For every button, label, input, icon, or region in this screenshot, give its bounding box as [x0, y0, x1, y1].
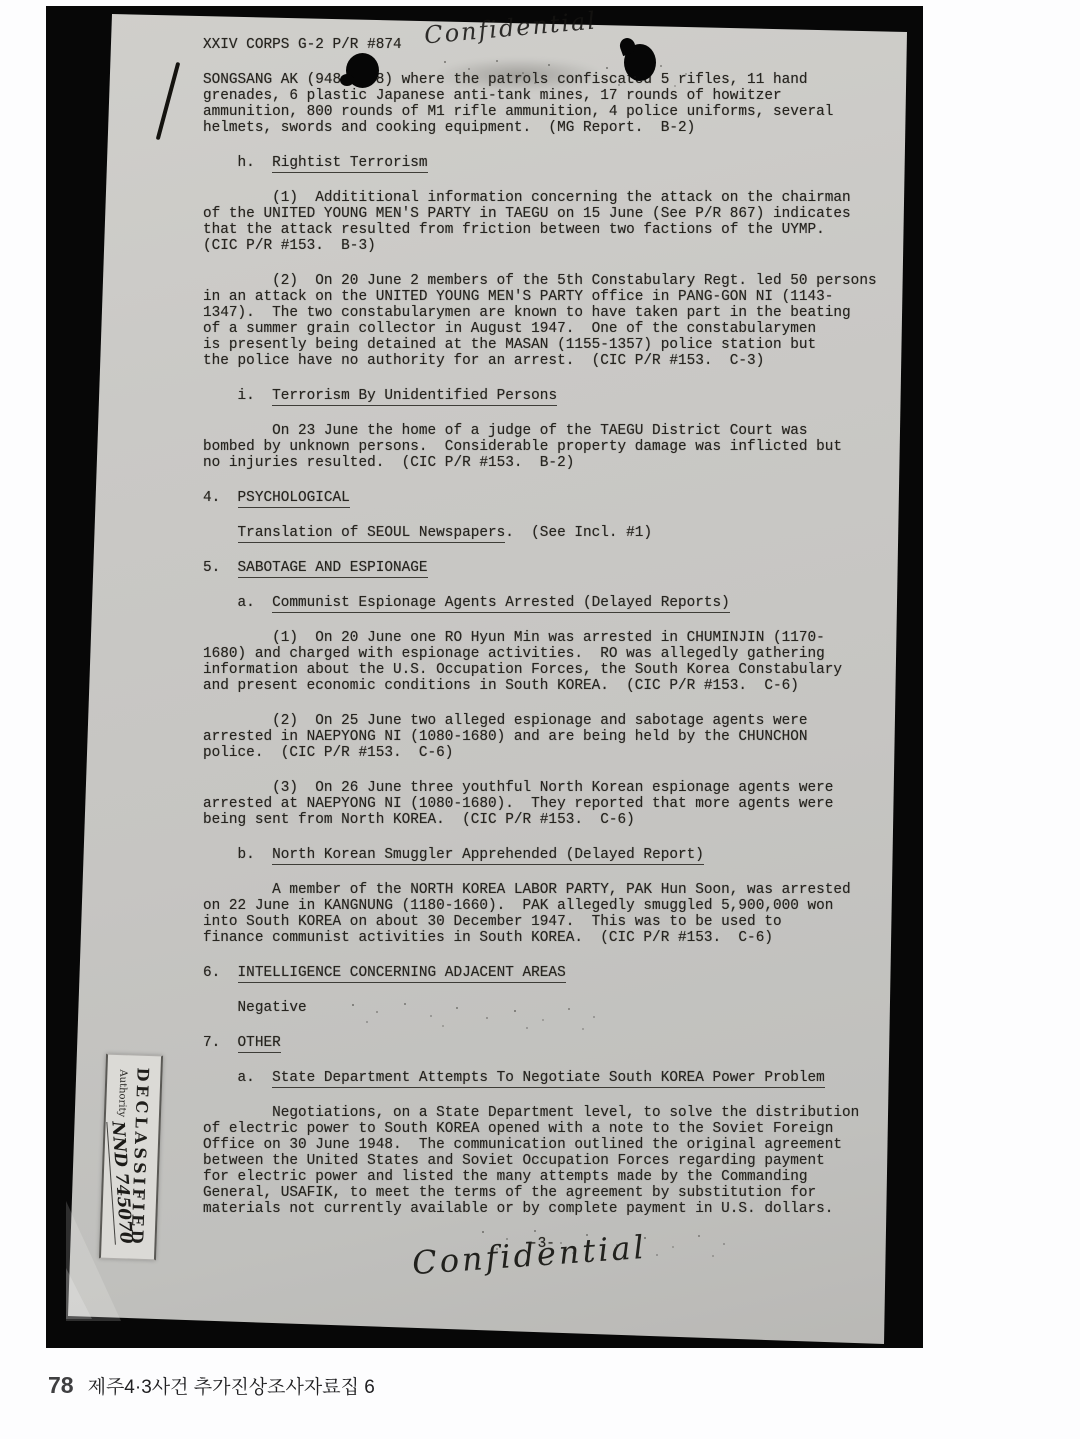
book-caption: 78 제주4·3사건 추가진상조사자료집 6: [48, 1372, 375, 1399]
doc-heading-prefix: 7.: [203, 1035, 238, 1051]
stamp-authority-number: NND 745070: [107, 1121, 137, 1245]
document-photograph: XXIV CORPS G-2 P/R #874SONGSANG AK (948-…: [46, 6, 923, 1348]
doc-paragraph: (1) Addititional information concerning …: [203, 190, 881, 254]
doc-heading: a. Communist Espionage Agents Arrested (…: [203, 595, 881, 611]
ink-speckles: [476, 1228, 478, 1230]
doc-heading: 5. SABOTAGE AND ESPIONAGE: [203, 560, 881, 576]
doc-heading-prefix: b.: [203, 847, 272, 863]
doc-heading-prefix: h.: [203, 155, 272, 171]
doc-heading-title: SABOTAGE AND ESPIONAGE: [238, 560, 428, 578]
doc-paragraph: (2) On 20 June 2 members of the 5th Cons…: [203, 273, 881, 369]
doc-line: XXIV CORPS G-2 P/R #874: [203, 37, 881, 53]
doc-heading: 7. OTHER: [203, 1035, 881, 1051]
doc-heading-title: State Department Attempts To Negotiate S…: [272, 1070, 825, 1088]
book-page: XXIV CORPS G-2 P/R #874SONGSANG AK (948-…: [0, 0, 1080, 1439]
doc-heading-prefix: a.: [203, 595, 272, 611]
stamp-authority-label: Authority: [116, 1069, 129, 1117]
doc-heading: h. Rightist Terrorism: [203, 155, 881, 171]
doc-heading-prefix: [203, 525, 238, 541]
doc-heading-title: Terrorism By Unidentified Persons: [272, 388, 557, 406]
doc-paragraph: A member of the NORTH KOREA LABOR PARTY,…: [203, 882, 881, 946]
doc-heading: Translation of SEOUL Newspapers. (See In…: [203, 525, 881, 541]
doc-paragraph: On 23 June the home of a judge of the TA…: [203, 423, 881, 471]
doc-paragraph: (1) On 20 June one RO Hyun Min was arres…: [203, 630, 881, 694]
declassified-stamp: DECLASSIFIED Authority NND 745070: [99, 1054, 163, 1261]
hole-punch: [346, 53, 379, 88]
doc-heading: 6. INTELLIGENCE CONCERNING ADJACENT AREA…: [203, 965, 881, 981]
doc-heading-title: INTELLIGENCE CONCERNING ADJACENT AREAS: [238, 965, 566, 983]
doc-heading-title: North Korean Smuggler Apprehended (Delay…: [272, 847, 704, 865]
book-caption-title: 제주4·3사건 추가진상조사자료집 6: [88, 1372, 375, 1399]
book-page-number: 78: [48, 1372, 74, 1399]
doc-heading-suffix: . (See Incl. #1): [505, 525, 652, 541]
doc-heading-title: OTHER: [238, 1035, 281, 1053]
ink-speckles: [346, 1001, 348, 1003]
hole-punch: [624, 44, 656, 81]
doc-heading-prefix: 4.: [203, 490, 238, 506]
doc-heading-title: Rightist Terrorism: [272, 155, 427, 173]
doc-heading: b. North Korean Smuggler Apprehended (De…: [203, 847, 881, 863]
doc-heading-prefix: a.: [203, 1070, 272, 1086]
ink-speckles: [438, 58, 440, 60]
doc-heading-title: Communist Espionage Agents Arrested (Del…: [272, 595, 730, 613]
doc-paragraph: Negotiations, on a State Department leve…: [203, 1105, 881, 1217]
declassified-stamp-label: DECLASSIFIED Authority NND 745070: [99, 1054, 163, 1261]
doc-heading-prefix: 6.: [203, 965, 238, 981]
doc-paragraph: (3) On 26 June three youthful North Kore…: [203, 780, 881, 828]
typewritten-text: XXIV CORPS G-2 P/R #874SONGSANG AK (948-…: [203, 37, 881, 1271]
doc-paragraph: (2) On 25 June two alleged espionage and…: [203, 713, 881, 761]
ink-smudge: [434, 58, 604, 92]
doc-line: Negative: [203, 1000, 881, 1016]
doc-heading: 4. PSYCHOLOGICAL: [203, 490, 881, 506]
doc-heading-title: Translation of SEOUL Newspapers: [238, 525, 506, 543]
doc-heading: a. State Department Attempts To Negotiat…: [203, 1070, 881, 1086]
doc-heading-prefix: i.: [203, 388, 272, 404]
doc-heading: i. Terrorism By Unidentified Persons: [203, 388, 881, 404]
stamp-authority-row: Authority NND 745070: [109, 1069, 136, 1244]
doc-heading-prefix: 5.: [203, 560, 238, 576]
doc-heading-title: PSYCHOLOGICAL: [238, 490, 350, 508]
